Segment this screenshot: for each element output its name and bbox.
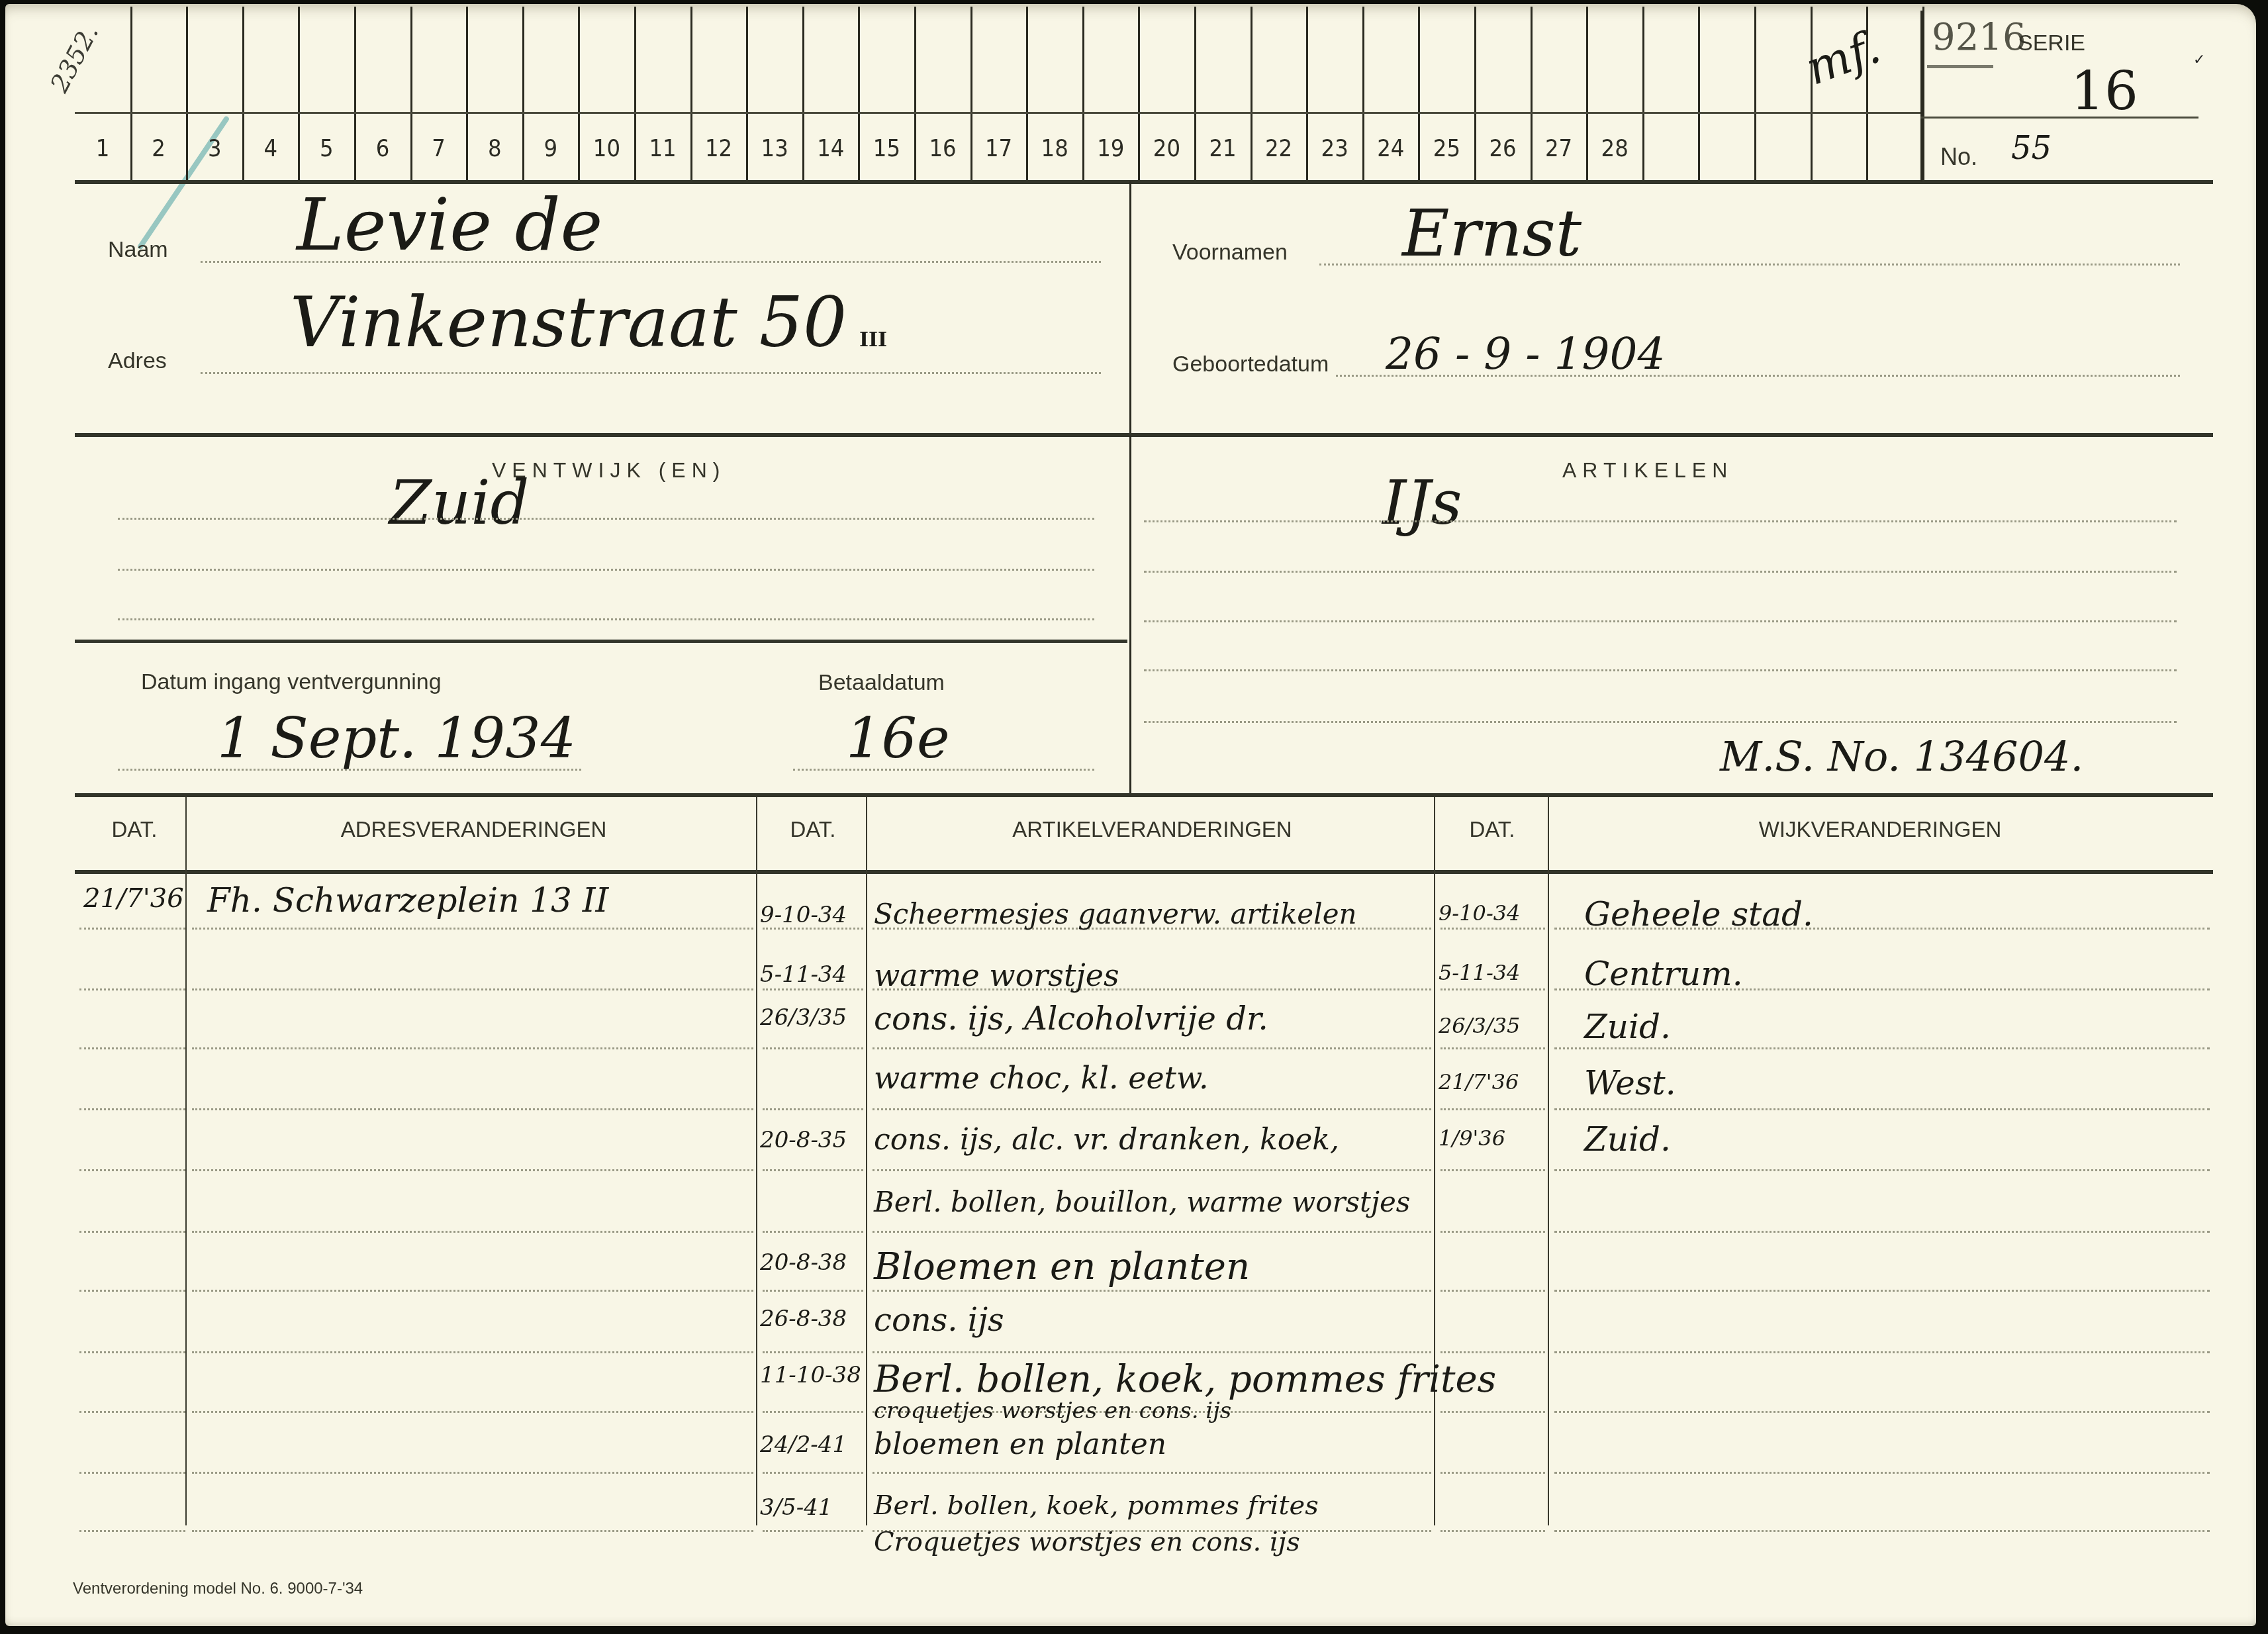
ruled-line — [763, 1169, 863, 1171]
artikelen-value: IJs — [1382, 467, 1462, 538]
artikelen-line-5 — [1144, 721, 2177, 723]
ruled-line — [873, 1472, 1431, 1474]
artikel-change-date: 26-8-38 — [760, 1306, 847, 1332]
ruled-line — [1441, 1411, 1545, 1413]
artikel-change-date: 20-8-38 — [760, 1249, 847, 1276]
day-number-10: 10 — [579, 135, 634, 162]
wijk-change-value: Zuid. — [1584, 1008, 1671, 1046]
ventwijk-bottom-line — [75, 640, 1127, 643]
artikel-change-value: cons. ijs — [874, 1302, 1004, 1339]
artikel-change-value: warme worstjes — [874, 957, 1119, 993]
artikelen-line-1 — [1144, 520, 2177, 522]
geboortedatum-label: Geboortedatum — [1172, 352, 1329, 377]
ruled-line — [873, 1290, 1431, 1292]
day-number-11: 11 — [635, 135, 690, 162]
col-divider-4 — [1434, 797, 1435, 1525]
ruled-line — [192, 1351, 753, 1353]
adres-label: Adres — [108, 348, 167, 374]
ruled-line — [1441, 1169, 1545, 1171]
ruled-line — [1554, 1231, 2210, 1233]
day-number-3: 3 — [187, 135, 242, 162]
artikelen-ms-note: M.S. No. 134604. — [1720, 732, 2083, 781]
ruled-line — [873, 1108, 1431, 1110]
ruled-line — [79, 1351, 185, 1353]
col-divider-1 — [185, 797, 187, 1525]
ruled-line — [1554, 1108, 2210, 1110]
day-number-19: 19 — [1083, 135, 1139, 162]
day-number-1: 1 — [75, 135, 130, 162]
artikel-change-date: 3/5-41 — [760, 1494, 832, 1521]
ruled-line — [763, 1530, 863, 1532]
ruled-line — [763, 1411, 863, 1413]
ruled-line — [79, 1047, 185, 1049]
ruled-line — [873, 1047, 1431, 1049]
artikel-change-date: 9-10-34 — [760, 902, 847, 928]
ruled-line — [79, 988, 185, 990]
artikel-change-value: bloemen en planten — [874, 1427, 1166, 1461]
ruled-line — [1554, 1169, 2210, 1171]
col-header-artikelveranderingen: ARTIKELVERANDERINGEN — [866, 817, 1439, 842]
artikelen-line-3 — [1144, 620, 2177, 622]
wijk-change-value: Geheele stad. — [1584, 895, 1813, 934]
ventwijk-line-2 — [118, 569, 1094, 571]
day-number-5: 5 — [299, 135, 354, 162]
form-footer: Ventverordening model No. 6. 9000-7-'34 — [73, 1580, 363, 1598]
ruled-line — [763, 1351, 863, 1353]
naam-label: Naam — [108, 237, 168, 263]
datum-ingang-value: 1 Sept. 1934 — [217, 706, 576, 771]
day-number-20: 20 — [1139, 135, 1194, 162]
col-header-wijkveranderingen: WIJKVERANDERINGEN — [1549, 817, 2211, 842]
ruled-line — [763, 1231, 863, 1233]
ruled-line — [763, 1108, 863, 1110]
ruled-line — [192, 1169, 753, 1171]
artikel-change-date: 5-11-34 — [760, 961, 847, 988]
vendor-license-card: 2352. 1234567891011121314151617181920212… — [5, 4, 2256, 1626]
day-number-16: 16 — [915, 135, 970, 162]
table-header-line — [75, 870, 2213, 874]
ruled-line — [79, 1108, 185, 1110]
ruled-line — [1441, 1290, 1545, 1292]
wijk-change-date: 21/7'36 — [1439, 1069, 1519, 1094]
wijk-change-value: Zuid. — [1584, 1120, 1671, 1159]
day-number-28: 28 — [1587, 135, 1642, 162]
ruled-line — [79, 1231, 185, 1233]
voornamen-label: Voornamen — [1172, 240, 1288, 265]
betaaldatum-value: 16e — [846, 706, 950, 771]
grid-column-line — [1922, 7, 1924, 181]
ruled-line — [1441, 1472, 1545, 1474]
voornamen-value: Ernst — [1402, 196, 1582, 271]
artikel-change-value: Scheermesjes gaanverw. artikelen — [874, 898, 1357, 930]
adres-value: Vinkenstraat 50 — [290, 282, 847, 363]
day-number-6: 6 — [355, 135, 410, 162]
corner-note: 2352. — [44, 20, 104, 97]
artikel-change-value: croquetjes worstjes en cons. ijs — [874, 1398, 1231, 1424]
day-number-2: 2 — [131, 135, 187, 162]
ruled-line — [1441, 1231, 1545, 1233]
ruled-line — [192, 1530, 753, 1532]
ruled-line — [192, 1231, 753, 1233]
col-divider-2 — [756, 797, 757, 1525]
serie-value: 16 — [2071, 60, 2138, 122]
ruled-line — [79, 1472, 185, 1474]
ruled-line — [192, 1108, 753, 1110]
day-number-22: 22 — [1251, 135, 1307, 162]
col-divider-5 — [1548, 797, 1549, 1525]
adres-change-date: 21/7'36 — [83, 883, 184, 914]
ruled-line — [763, 1472, 863, 1474]
grid-column-line — [1698, 7, 1700, 181]
day-number-7: 7 — [411, 135, 467, 162]
geboortedatum-value: 26 - 9 - 1904 — [1386, 328, 1665, 379]
grid-column-line — [1642, 7, 1644, 181]
artikel-change-value: Berl. bollen, koek, pommes frites — [874, 1358, 1496, 1401]
wijk-change-date: 9-10-34 — [1439, 900, 1520, 926]
ruled-line — [873, 1231, 1431, 1233]
day-number-24: 24 — [1363, 135, 1419, 162]
artikelen-line-4 — [1144, 669, 2177, 671]
artikel-change-date: 11-10-38 — [760, 1362, 861, 1388]
artikelen-line-2 — [1144, 571, 2177, 573]
check-mark: ✓ — [2193, 52, 2205, 68]
adres-floor: III — [859, 328, 887, 352]
ruled-line — [1441, 928, 1545, 930]
artikel-change-value: Bloemen en planten — [874, 1245, 1250, 1288]
ruled-line — [79, 1169, 185, 1171]
col-header-adresveranderingen: ADRESVERANDERINGEN — [187, 817, 760, 842]
ruled-line — [763, 988, 863, 990]
datum-ingang-label: Datum ingang ventvergunning — [141, 669, 442, 695]
wijk-change-value: Centrum. — [1584, 955, 1743, 993]
ventwijk-value: Zuid — [389, 467, 530, 538]
day-number-8: 8 — [467, 135, 522, 162]
col-header-dat-2: DAT. — [757, 817, 869, 842]
serie-prefix-underline — [1927, 65, 1993, 68]
artikel-change-date: 26/3/35 — [760, 1004, 847, 1031]
ruled-line — [1554, 1290, 2210, 1292]
day-number-4: 4 — [243, 135, 299, 162]
wijk-change-date: 1/9'36 — [1439, 1126, 1505, 1151]
ruled-line — [1554, 1472, 2210, 1474]
ruled-line — [1441, 1047, 1545, 1049]
grid-column-line — [1811, 7, 1813, 181]
ruled-line — [1441, 1351, 1545, 1353]
day-number-25: 25 — [1419, 135, 1474, 162]
personal-divider — [1129, 181, 1131, 433]
ruled-line — [873, 1169, 1431, 1171]
ruled-line — [192, 988, 753, 990]
ventwijk-divider — [1129, 436, 1131, 793]
ruled-line — [79, 1411, 185, 1413]
ruled-line — [192, 1472, 753, 1474]
wijk-change-value: West. — [1584, 1064, 1676, 1102]
ruled-line — [79, 928, 185, 930]
serie-block-divider — [1920, 11, 1922, 181]
artikel-change-value: Berl. bollen, bouillon, warme worstjes — [874, 1186, 1410, 1218]
ventwijk-line-3 — [118, 618, 1094, 620]
serie-label: SERIE — [2018, 30, 2085, 56]
wijk-change-date: 5-11-34 — [1439, 960, 1520, 985]
artikel-change-value: cons. ijs, alc. vr. dranken, koek, — [874, 1123, 1339, 1157]
col-header-dat-1: DAT. — [78, 817, 191, 842]
no-value: 55 — [2011, 130, 2052, 167]
ventwijk-line-1 — [118, 518, 1094, 520]
ruled-line — [192, 1290, 753, 1292]
adres-change-value: Fh. Schwarzeplein 13 II — [207, 881, 608, 920]
wijk-change-date: 26/3/35 — [1439, 1013, 1520, 1038]
day-number-23: 23 — [1307, 135, 1362, 162]
personal-bottom-line — [75, 433, 2213, 437]
grid-mid-line — [75, 112, 1922, 114]
day-number-27: 27 — [1531, 135, 1587, 162]
ruled-line — [192, 1047, 753, 1049]
day-number-17: 17 — [971, 135, 1027, 162]
ruled-line — [1441, 1108, 1545, 1110]
ruled-line — [192, 928, 753, 930]
grid-column-line — [1754, 7, 1756, 181]
no-label: No. — [1940, 143, 1977, 171]
ruled-line — [1554, 1411, 2210, 1413]
day-number-21: 21 — [1195, 135, 1251, 162]
ruled-line — [763, 1047, 863, 1049]
serie-handwritten-prefix: 9216 — [1932, 16, 2026, 59]
ruled-line — [1441, 1530, 1545, 1532]
artikel-change-value: cons. ijs, Alcoholvrije dr. — [874, 1000, 1268, 1037]
ruled-line — [1554, 1047, 2210, 1049]
artikel-change-value: warme choc, kl. eetw. — [874, 1060, 1209, 1096]
col-header-dat-3: DAT. — [1435, 817, 1549, 842]
artikel-change-date: 24/2-41 — [760, 1431, 847, 1458]
ruled-line — [1441, 988, 1545, 990]
ruled-line — [873, 1351, 1431, 1353]
day-number-18: 18 — [1027, 135, 1082, 162]
day-number-13: 13 — [747, 135, 802, 162]
day-number-15: 15 — [859, 135, 914, 162]
ruled-line — [192, 1411, 753, 1413]
artikel-change-date: 20-8-35 — [760, 1127, 847, 1153]
day-number-12: 12 — [691, 135, 747, 162]
artikel-change-value: Croquetjes worstjes en cons. ijs — [874, 1527, 1300, 1557]
day-number-14: 14 — [803, 135, 859, 162]
section-bottom-line — [75, 793, 2213, 797]
naam-value: Levie de — [297, 184, 602, 267]
betaaldatum-label: Betaaldatum — [818, 670, 945, 696]
ruled-line — [79, 1530, 185, 1532]
col-divider-3 — [866, 797, 867, 1525]
adres-line — [201, 372, 1101, 374]
day-number-26: 26 — [1475, 135, 1531, 162]
artikelen-label: ARTIKELEN — [1562, 458, 1733, 483]
serie-line — [1920, 117, 2198, 119]
ruled-line — [1554, 1530, 2210, 1532]
day-number-9: 9 — [523, 135, 579, 162]
artikel-change-value: Berl. bollen, koek, pommes frites — [874, 1490, 1319, 1521]
ruled-line — [1554, 1351, 2210, 1353]
ruled-line — [79, 1290, 185, 1292]
ruled-line — [763, 1290, 863, 1292]
